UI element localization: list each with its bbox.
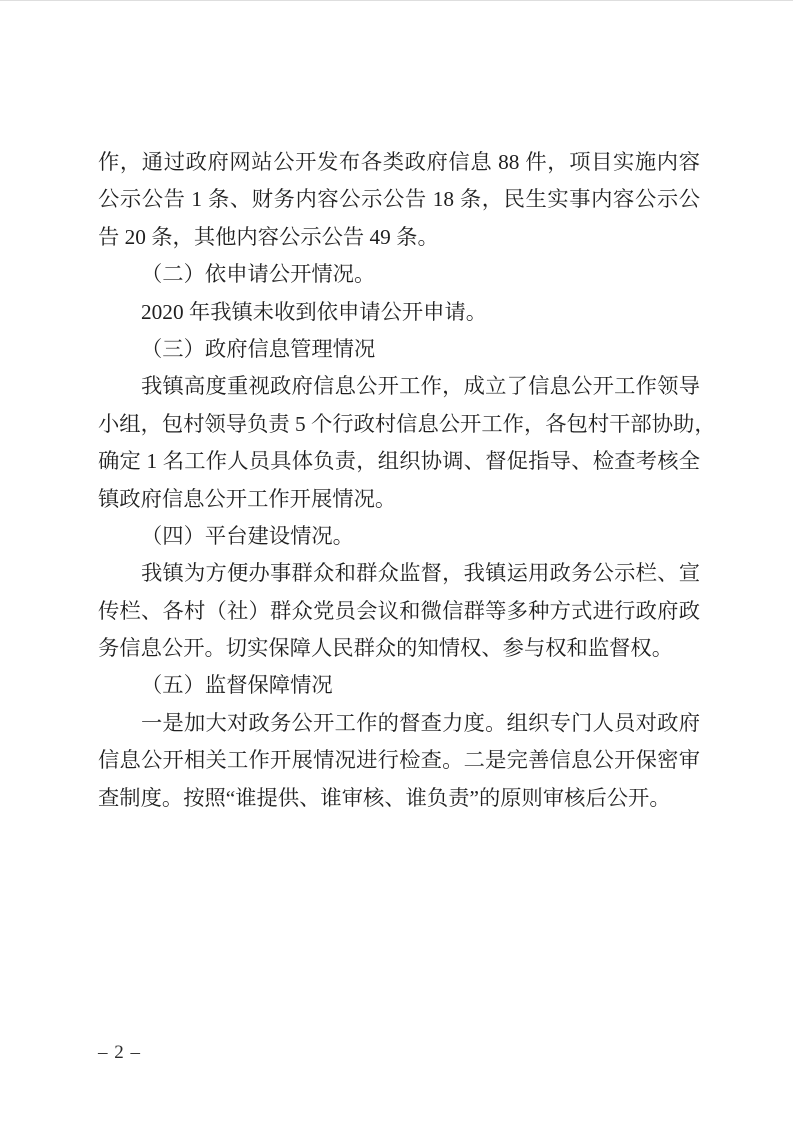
body-line: 镇政府信息公开工作开展情况。 xyxy=(98,481,700,518)
body-line: 我镇为方便办事群众和群众监督，我镇运用政务公示栏、宣 xyxy=(98,555,700,592)
body-line: 2020 年我镇未收到依申请公开申请。 xyxy=(98,294,700,331)
body-line: 务信息公开。切实保障人民群众的知情权、参与权和监督权。 xyxy=(98,630,700,667)
page-top-edge xyxy=(0,0,793,1)
section-heading: （三）政府信息管理情况 xyxy=(98,331,700,368)
body-line: 我镇高度重视政府信息公开工作，成立了信息公开工作领导 xyxy=(98,368,700,405)
body-line: 一是加大对政务公开工作的督查力度。组织专门人员对政府 xyxy=(98,705,700,742)
body-line: 作，通过政府网站公开发布各类政府信息 88 件，项目实施内容 xyxy=(98,144,700,181)
page-number: – 2 – xyxy=(98,1042,141,1064)
document-page: 作，通过政府网站公开发布各类政府信息 88 件，项目实施内容 公示公告 1 条、… xyxy=(0,0,793,1122)
section-heading: （五）监督保障情况 xyxy=(98,667,700,704)
body-line: 告 20 条，其他内容公示公告 49 条。 xyxy=(98,219,700,256)
section-heading: （四）平台建设情况。 xyxy=(98,518,700,555)
body-line: 小组，包村领导负责 5 个行政村信息公开工作，各包村干部协助， xyxy=(98,406,700,443)
body-line: 查制度。按照“谁提供、谁审核、谁负责”的原则审核后公开。 xyxy=(98,780,700,817)
body-line: 公示公告 1 条、财务内容公示公告 18 条，民生实事内容公示公 xyxy=(98,181,700,218)
document-text-block: 作，通过政府网站公开发布各类政府信息 88 件，项目实施内容 公示公告 1 条、… xyxy=(98,144,700,817)
body-line: 传栏、各村（社）群众党员会议和微信群等多种方式进行政府政 xyxy=(98,593,700,630)
body-line: 信息公开相关工作开展情况进行检查。二是完善信息公开保密审 xyxy=(98,742,700,779)
body-line: 确定 1 名工作人员具体负责，组织协调、督促指导、检查考核全 xyxy=(98,443,700,480)
section-heading: （二）依申请公开情况。 xyxy=(98,256,700,293)
